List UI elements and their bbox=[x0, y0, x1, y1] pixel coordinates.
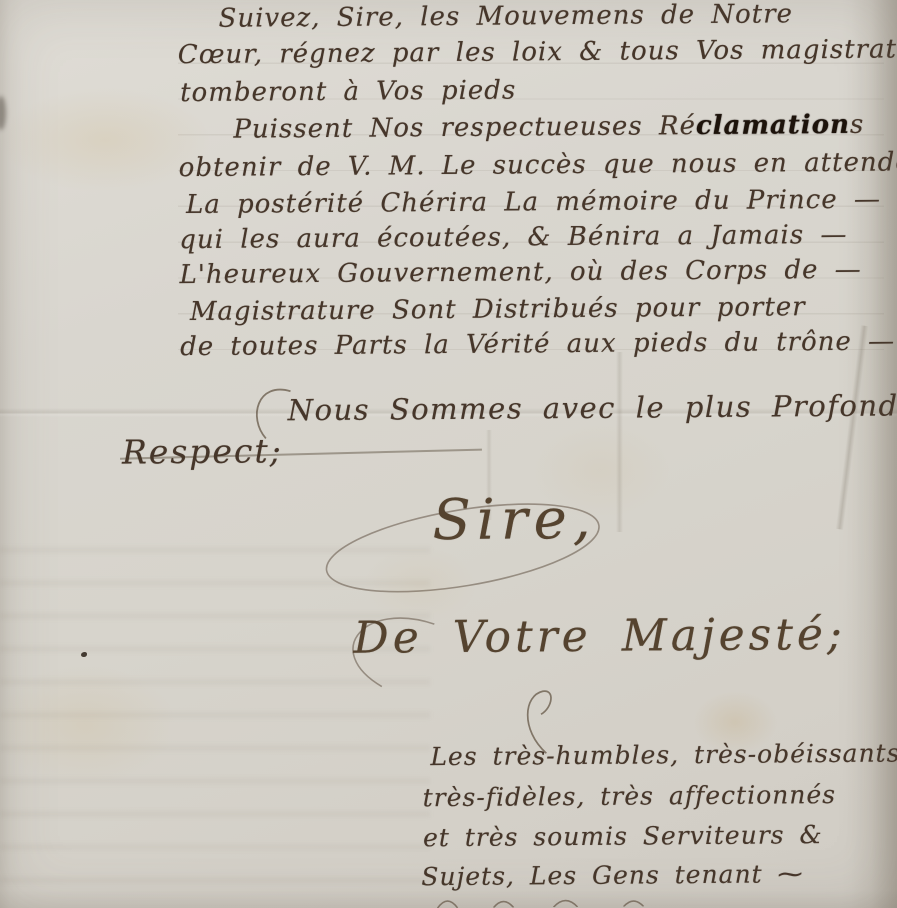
manuscript-page: Suivez, Sire, les Mouvemens de Notre Cœu… bbox=[0, 0, 897, 908]
closing-line-1: Nous Sommes avec le plus Profond bbox=[288, 388, 897, 427]
body-line-4-post: s bbox=[850, 110, 865, 140]
signature-line-1: Les très-humbles, très-obéissants bbox=[430, 738, 897, 771]
overwritten-ink-word: clamation bbox=[696, 110, 850, 141]
body-line-1: Suivez, Sire, les Mouvemens de Notre bbox=[218, 0, 793, 34]
signature-line-3: et très soumis Serviteurs & bbox=[423, 820, 823, 852]
cutoff-line-stroke-tops bbox=[431, 892, 671, 908]
body-line-9: Magistrature Sont Distribués pour porter bbox=[190, 292, 806, 327]
signature-line-4: Sujets, Les Gens tenant ⁓ bbox=[421, 859, 804, 891]
closing-line-2: Respect; bbox=[122, 431, 283, 471]
body-line-3: tomberont à Vos pieds bbox=[180, 75, 516, 108]
body-line-6: La postérité Chérira La mémoire du Princ… bbox=[186, 185, 881, 220]
body-line-5: obtenir de V. M. Le succès que nous en a… bbox=[179, 147, 897, 183]
body-line-10: de toutes Parts la Vérité aux pieds du t… bbox=[180, 326, 895, 362]
body-line-4: Puissent Nos respectueuses Réclamations bbox=[233, 110, 864, 145]
handwriting-layer: Suivez, Sire, les Mouvemens de Notre Cœu… bbox=[0, 0, 897, 908]
address-votre-majeste: De Votre Majesté; bbox=[353, 609, 846, 664]
body-line-7: qui les aura écoutées, & Bénira a Jamais… bbox=[179, 220, 847, 255]
salutation-sire: Sire, bbox=[432, 487, 596, 553]
body-line-2: Cœur, régnez par les loix & tous Vos mag… bbox=[178, 34, 897, 70]
body-line-4-pre: Puissent Nos respectueuses Ré bbox=[233, 111, 696, 145]
signature-line-2: très-fidèles, très affectionnés bbox=[423, 780, 837, 812]
body-line-8: L'heureux Gouvernement, où des Corps de … bbox=[179, 255, 861, 290]
